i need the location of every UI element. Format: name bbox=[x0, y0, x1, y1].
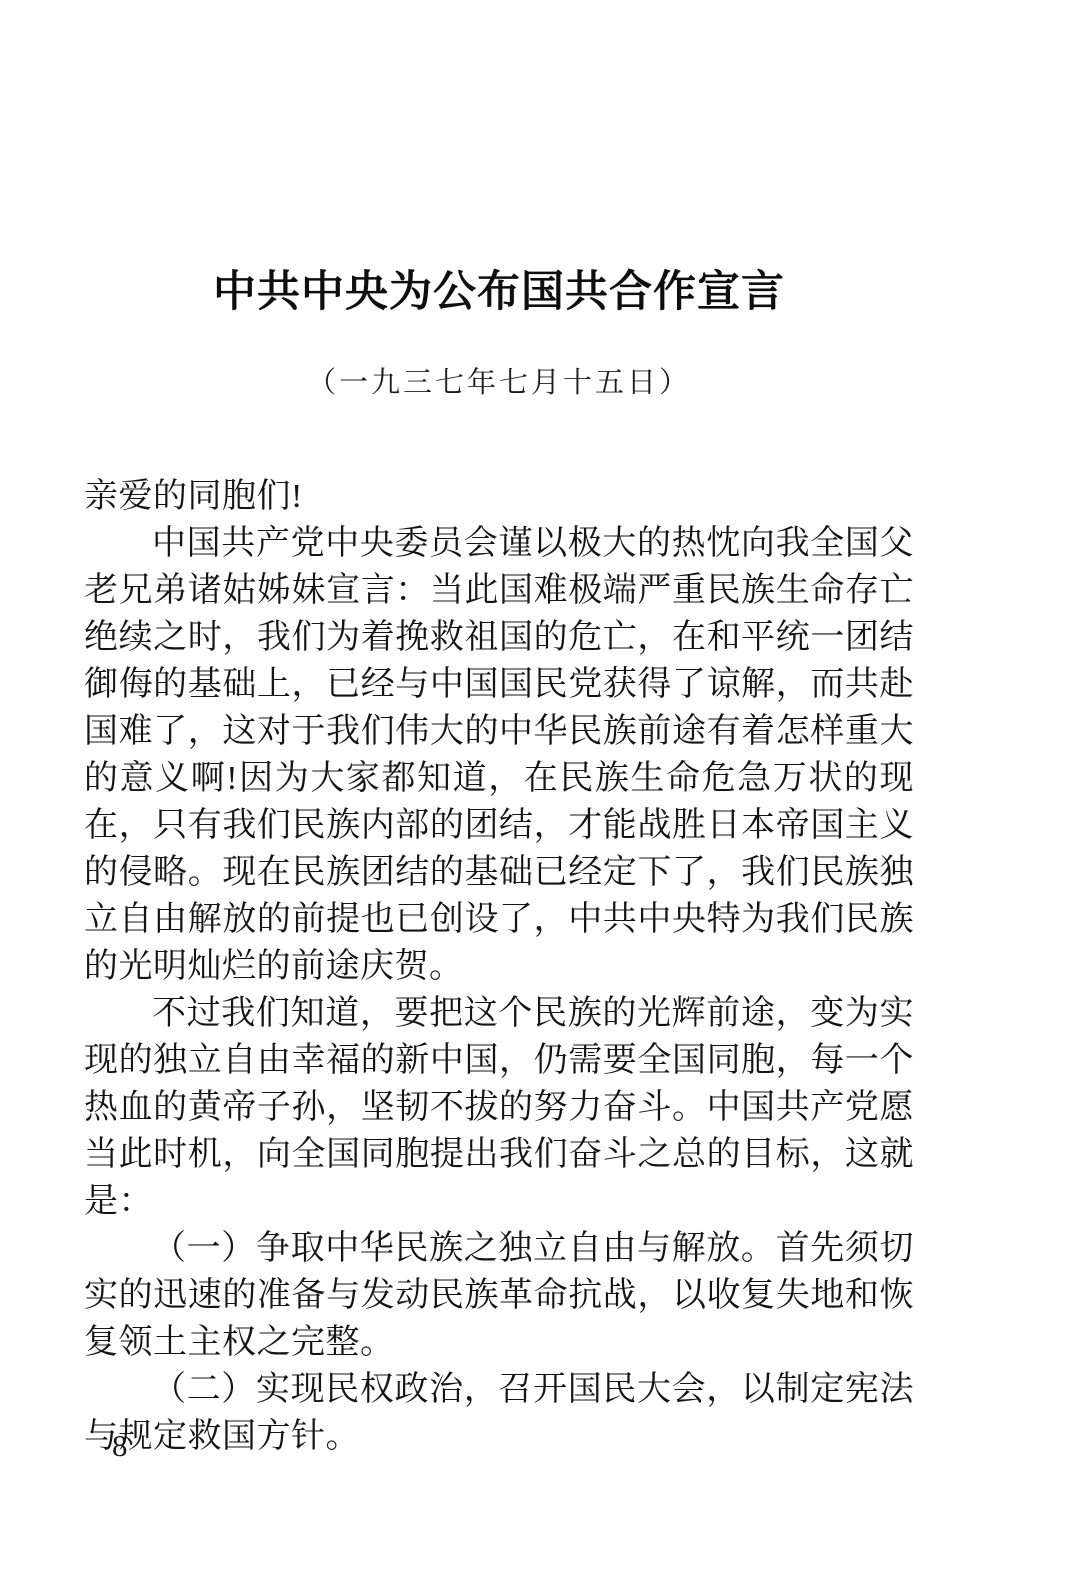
paragraph-goal-two: （二）实现民权政治，召开国民大会，以制定宪法与规定救国方针。 bbox=[84, 1366, 914, 1460]
paragraph-goals-intro: 不过我们知道，要把这个民族的光辉前途，变为实现的独立自由幸福的新中国，仍需要全国… bbox=[84, 990, 914, 1225]
paragraph-declaration: 中国共产党中央委员会谨以极大的热忱向我全国父老兄弟诸姑姊妹宣言：当此国难极端严重… bbox=[84, 520, 914, 990]
paragraph-goal-one: （一）争取中华民族之独立自由与解放。首先须切实的迅速的准备与发动民族革命抗战，以… bbox=[84, 1225, 914, 1366]
document-body: 亲爱的同胞们! 中国共产党中央委员会谨以极大的热忱向我全国父老兄弟诸姑姊妹宣言：… bbox=[84, 473, 914, 1460]
scanned-document-page: 中共中央为公布国共合作宣言 （一九三七年七月十五日） 亲爱的同胞们! 中国共产党… bbox=[0, 0, 1080, 1585]
document-title: 中共中央为公布国共合作宣言 bbox=[84, 258, 914, 319]
paragraph-salutation: 亲爱的同胞们! bbox=[84, 473, 914, 520]
page-number: 8 bbox=[112, 1428, 128, 1464]
document-dateline: （一九三七年七月十五日） bbox=[84, 360, 914, 401]
